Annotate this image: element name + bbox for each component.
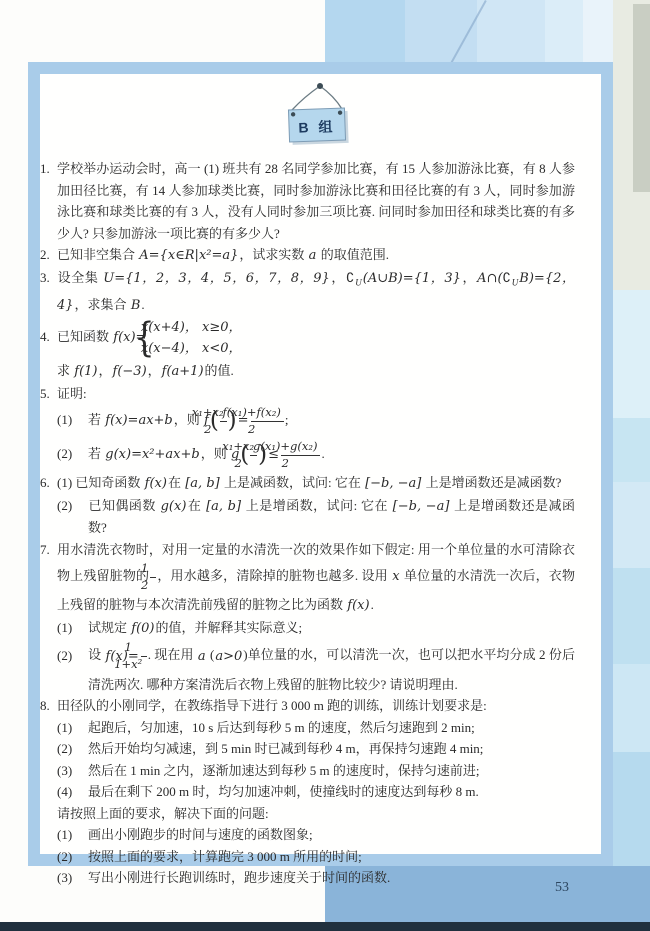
cases-brace: { (148, 321, 155, 355)
problem-label: (2) (57, 645, 88, 667)
nail-icon (317, 83, 323, 89)
problem-block: (3)写出小刚进行长跑训练时，跑步速度关于时间的函数. (57, 867, 575, 889)
text-run: 写出小刚进行长跑训练时，跑步速度关于时间的函数. (88, 870, 390, 885)
math-run: A={x∈R|x²=a} (138, 248, 239, 263)
text-run: 试规定 (88, 620, 130, 635)
text-run: 上是增函数还是减函数? (422, 475, 561, 490)
text-run: 的值，并解释其实际意义; (156, 620, 303, 635)
math-run: ∁ (345, 271, 355, 286)
text-run: 已知函数 (57, 329, 112, 344)
math-run: (A∪B)={1，3} (362, 271, 462, 286)
string-left (292, 86, 320, 110)
math-run: g(x) (160, 499, 188, 514)
problem-block: 求 f(1)，f(−3)，f(a+1)的值. (57, 360, 575, 383)
tile (477, 0, 545, 62)
top-band (325, 0, 613, 62)
problem-block: 5.证明: (40, 383, 575, 405)
problem-label: (1) (57, 717, 88, 739)
text-run: 已知偶函数 (88, 498, 160, 513)
problem-block: (4)最后在剩下 200 m 时，均匀加速冲刺，使撞线时的速度达到每秒 8 m. (57, 781, 575, 803)
denominator: 2 (220, 422, 227, 437)
tile (613, 482, 650, 568)
problem-block: (2)设 f(x)=11+x². 现在用 a (a>0)单位量的水，可以清洗一次… (57, 639, 575, 695)
math-run: U={1，2，3，4，5，6，7，8，9} (102, 271, 331, 286)
text-run: 田径队的小刚同学，在教练指导下进行 3 000 m 跑的训练，训练计划要求是: (57, 698, 487, 713)
text-run: 的值. (205, 363, 234, 378)
text-run: 起跑后，匀加速，10 s 后达到每秒 5 m 的速度，然后匀速跑到 2 min; (88, 720, 475, 735)
math-run: g(x)=x²+ax+b (104, 447, 200, 462)
tile (583, 0, 613, 62)
fraction: g(x₁)+g(x₂)2 (281, 440, 321, 470)
tile (325, 0, 405, 62)
problem-block: (1)起跑后，匀加速，10 s 后达到每秒 5 m 的速度，然后匀速跑到 2 m… (57, 717, 575, 739)
problem-block: (2)然后开始均匀减速，到 5 min 时已减到每秒 4 m，再保持匀速跑 4 … (57, 738, 575, 760)
text-run: 在 (187, 498, 205, 513)
tile (405, 0, 477, 62)
text-run: 设全集 (57, 270, 102, 285)
denominator: 2 (251, 422, 284, 437)
denominator: 2 (250, 456, 257, 471)
text-run: . 现在用 (148, 648, 197, 663)
text-run: 证明: (57, 386, 87, 401)
text-run: ， (462, 270, 476, 285)
fraction: 12 (150, 562, 156, 592)
problem-block: 4.已知函数 f(x)={x(x+4)， x≥0，x(x−4)， x<0， (40, 316, 575, 360)
math-run: f(−3) (112, 364, 148, 379)
problem-block: (1)画出小刚跑步的时间与速度的函数图象; (57, 824, 575, 846)
tile (613, 568, 650, 664)
problem-label: (1) (57, 824, 88, 846)
math-run: [a, b] (184, 476, 220, 491)
problem-label: (2) (57, 846, 88, 868)
text-run: 学校举办运动会时，高一 (1) 班共有 28 名同学参加比赛，有 15 人参加游… (57, 161, 575, 241)
text-run: ; (285, 412, 289, 427)
page-frame: 1.学校举办运动会时，高一 (1) 班共有 28 名同学参加比赛，有 15 人参… (28, 62, 613, 866)
problem-label: (2) (57, 738, 88, 760)
text-run: 上是增函数，试问: 它在 (242, 498, 392, 513)
problem-label: (2) (57, 443, 88, 465)
piecewise-cases: {x(x+4)， x≥0，x(x−4)， x<0， (147, 317, 241, 359)
problem-block: 3.设全集 U={1，2，3，4，5，6，7，8，9}，∁U(A∪B)={1，3… (40, 267, 575, 317)
text-run: 若 (88, 412, 104, 427)
tile (613, 752, 650, 866)
math-run: f(a+1) (161, 364, 205, 379)
problem-label: 1. (40, 158, 57, 180)
numerator: 1 (141, 641, 147, 657)
math-run: x (391, 569, 400, 584)
text-run: ， (148, 363, 161, 378)
text-run: 请按照上面的要求，解决下面的问题: (57, 806, 269, 821)
footer-dark-bar (0, 922, 650, 931)
math-run: B (130, 298, 142, 313)
problem-label: (1) (57, 409, 88, 431)
page-number: 53 (555, 878, 589, 898)
problem-block: (3)然后在 1 min 之内，逐渐加速达到每秒 5 m 的速度时，保持匀速前进… (57, 760, 575, 782)
text-run: 然后在 1 min 之内，逐渐加速达到每秒 5 m 的速度时，保持匀速前进; (88, 763, 479, 778)
problem-label: (1) (57, 617, 88, 639)
fraction: 11+x² (141, 641, 147, 671)
problem-block: 8.田径队的小刚同学，在教练指导下进行 3 000 m 跑的训练，训练计划要求是… (40, 695, 575, 717)
denominator: 2 (281, 456, 321, 471)
text-run: (1) 已知奇函数 (57, 475, 144, 490)
problem-label: 5. (40, 383, 57, 405)
fraction: f(x₁)+f(x₂)2 (251, 406, 284, 436)
gray-tile (633, 4, 650, 192)
math-run: A∩(∁ (476, 271, 512, 286)
text-run: ， (99, 363, 112, 378)
math-run: f(x) (346, 598, 370, 613)
numerator: 1 (150, 562, 156, 578)
problem-label: 4. (40, 326, 57, 348)
problem-block: 2.已知非空集合 A={x∈R|x²=a}，试求实数 a 的取值范围. (40, 244, 575, 267)
math-run: f(1) (73, 364, 98, 379)
problem-label: 2. (40, 244, 57, 266)
text-run: . (371, 597, 374, 612)
text-run: . (141, 297, 144, 312)
problem-label: (4) (57, 781, 88, 803)
text-run: 若 (88, 446, 104, 461)
problem-block: (2)按照上面的要求，计算跑完 3 000 m 所用的时间; (57, 846, 575, 868)
text-run: ，试求实数 (239, 247, 307, 262)
text-run: 然后开始均匀减速，到 5 min 时已减到每秒 4 m，再保持匀速跑 4 min… (88, 741, 483, 756)
text-run: 画出小刚跑步的时间与速度的函数图象; (88, 827, 313, 842)
text-run: 设 (88, 648, 105, 663)
text-run: 按照上面的要求，计算跑完 3 000 m 所用的时间; (88, 849, 362, 864)
problem-label: (3) (57, 760, 88, 782)
problem-block: (2)已知偶函数 g(x)在 [a, b] 上是增函数，试问: 它在 [−b, … (57, 495, 575, 539)
text-run: 已知非空集合 (57, 247, 138, 262)
text-run: 最后在剩下 200 m 时，均匀加速冲刺，使撞线时的速度达到每秒 8 m. (88, 784, 479, 799)
text-run: ，求集合 (75, 297, 130, 312)
problem-label: 7. (40, 539, 57, 561)
numerator: g(x₁)+g(x₂) (281, 440, 321, 456)
math-run: f(x) (144, 476, 168, 491)
tile (613, 290, 650, 418)
text-run: ， (331, 270, 345, 285)
group-sign-label: B 组 (289, 116, 346, 138)
problem-label: 3. (40, 267, 57, 289)
text-run: ，用水越多，清除掉的脏物也越多. 设用 (157, 568, 391, 583)
tile (613, 664, 650, 752)
text-run: 在 (168, 475, 184, 490)
group-sign: B 组 (276, 78, 366, 150)
text-run: 求 (57, 363, 73, 378)
text-run: 上是减函数，试问: 它在 (221, 475, 364, 490)
math-run: a (197, 649, 207, 664)
problem-label: (2) (57, 495, 88, 517)
problems: 1.学校举办运动会时，高一 (1) 班共有 28 名同学参加比赛，有 15 人参… (40, 158, 575, 889)
problem-label: (3) (57, 867, 88, 889)
textbook-page: { "page": { "group_label": "B 组", "page_… (0, 0, 650, 931)
problem-block: 请按照上面的要求，解决下面的问题: (57, 803, 575, 825)
problem-block: (1)试规定 f(0)的值，并解释其实际意义; (57, 617, 575, 640)
cases-row: x(x−4)， x<0， (158, 338, 242, 359)
problem-block: (2)若 g(x)=x²+ax+b，则 g(x₁+x₂2)≤g(x₁)+g(x₂… (57, 438, 575, 472)
problem-label: 8. (40, 695, 57, 717)
math-run: [−b, −a] (364, 476, 422, 491)
math-run: f(x)=ax+b (104, 413, 173, 428)
numerator: f(x₁)+f(x₂) (251, 406, 284, 422)
text-run: . (321, 446, 324, 461)
math-run: f(0) (130, 621, 155, 636)
text-run: 的取值范围. (317, 247, 389, 262)
group-sign-graphic (276, 78, 366, 150)
problem-block: 7.用水清洗衣物时，对用一定量的水清洗一次的效果作如下假定: 用一个单位量的水可… (40, 539, 575, 617)
problem-block: 6.(1) 已知奇函数 f(x)在 [a, b] 上是减函数，试问: 它在 [−… (40, 472, 575, 495)
denominator: 1+x² (141, 657, 147, 672)
cases-row: x(x+4)， x≥0， (158, 317, 242, 338)
math-run: a (308, 248, 318, 263)
math-run: a>0 (214, 649, 243, 664)
tile (545, 0, 583, 62)
problem-block: 1.学校举办运动会时，高一 (1) 班共有 28 名同学参加比赛，有 15 人参… (40, 158, 575, 244)
cases-rows: x(x+4)， x≥0，x(x−4)， x<0， (158, 317, 242, 359)
tile (613, 418, 650, 482)
denominator: 2 (150, 578, 156, 593)
subscript: U (355, 277, 362, 287)
problem-label: 6. (40, 472, 57, 494)
problem-block: (1)若 f(x)=ax+b，则 f(x₁+x₂2)=f(x₁)+f(x₂)2; (57, 404, 575, 438)
math-run: [−b, −a] (392, 499, 451, 514)
math-run: [a, b] (205, 499, 242, 514)
string-right (320, 86, 342, 109)
